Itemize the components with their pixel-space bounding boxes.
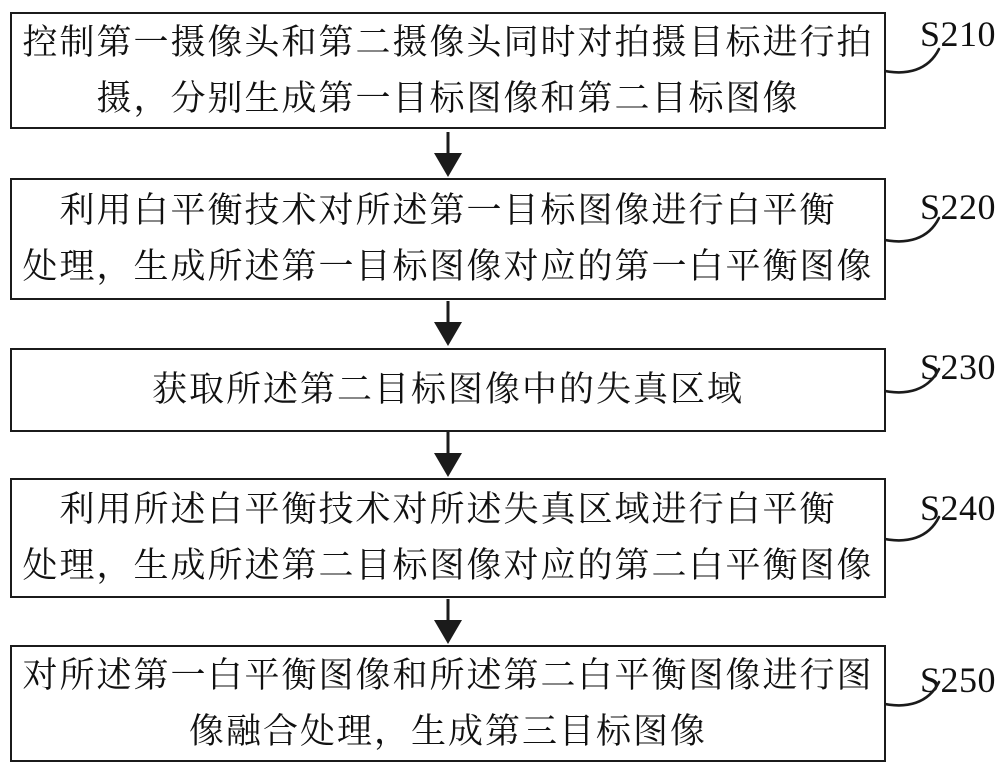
step-text-line: 摄，分别生成第一目标图像和第二目标图像 (96, 71, 799, 127)
down-arrow-icon (432, 132, 464, 178)
step-text-line: 对所述第一白平衡图像和所述第二白平衡图像进行图 (22, 648, 873, 704)
down-arrow-icon (432, 432, 464, 478)
leader-line-icon (884, 364, 948, 394)
step-text-line: 利用白平衡技术对所述第一目标图像进行白平衡 (59, 183, 836, 239)
flowchart-figure: 控制第一摄像头和第二摄像头同时对拍摄目标进行拍 摄，分别生成第一目标图像和第二目… (0, 0, 1000, 777)
down-arrow-icon (432, 599, 464, 645)
step-text-line: 处理，生成所述第一目标图像对应的第一白平衡图像 (22, 239, 873, 295)
step-text-line: 控制第一摄像头和第二摄像头同时对拍摄目标进行拍 (22, 15, 873, 71)
step-text-line: 处理，生成所述第二目标图像对应的第二白平衡图像 (22, 538, 873, 594)
step-box-s220: 利用白平衡技术对所述第一目标图像进行白平衡 处理，生成所述第一目标图像对应的第一… (10, 178, 886, 300)
step-text-line: 利用所述白平衡技术对所述失真区域进行白平衡 (59, 482, 836, 538)
down-arrow-icon (432, 301, 464, 347)
step-box-s230: 获取所述第二目标图像中的失真区域 (10, 348, 886, 432)
leader-line-icon (884, 44, 948, 74)
step-text-line: 像融合处理，生成第三目标图像 (189, 704, 707, 760)
leader-line-icon (884, 512, 948, 542)
step-box-s250: 对所述第一白平衡图像和所述第二白平衡图像进行图 像融合处理，生成第三目标图像 (10, 645, 886, 762)
leader-line-icon (884, 213, 948, 243)
leader-line-icon (884, 677, 948, 707)
step-box-s240: 利用所述白平衡技术对所述失真区域进行白平衡 处理，生成所述第二目标图像对应的第二… (10, 478, 886, 598)
step-box-s210: 控制第一摄像头和第二摄像头同时对拍摄目标进行拍 摄，分别生成第一目标图像和第二目… (10, 12, 886, 129)
step-text-line: 获取所述第二目标图像中的失真区域 (152, 362, 744, 418)
